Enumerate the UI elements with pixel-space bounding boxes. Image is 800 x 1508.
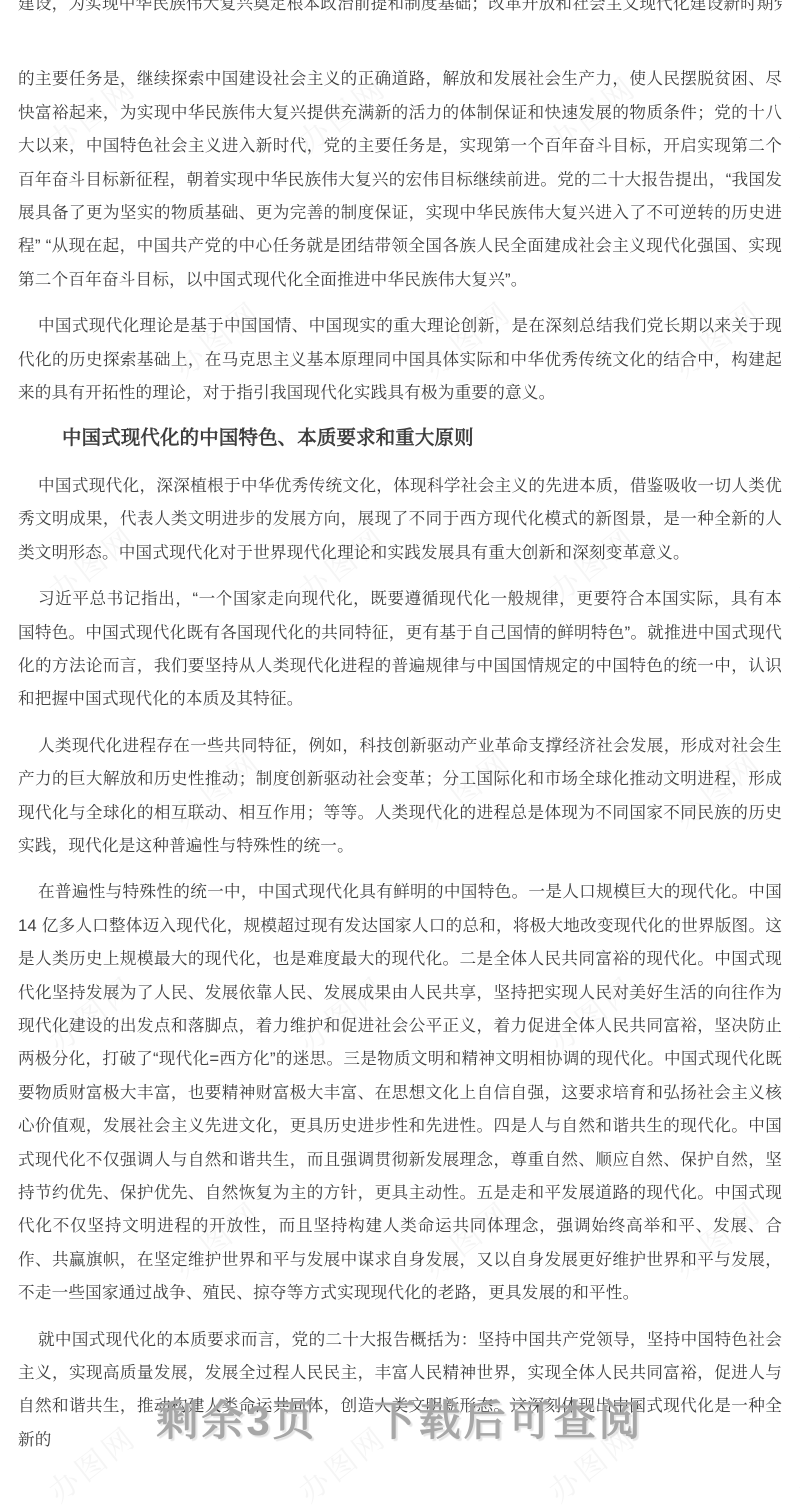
clipped-top-line: 建设，为实现中华民族伟大复兴奠定根本政治前提和制度基础；改革开放和社会主义现代化… xyxy=(18,0,782,20)
pages-remaining-banner: 剩余3页下载后可查阅 xyxy=(0,1392,800,1450)
section-heading: 中国式现代化的中国特色、本质要求和重大原则 xyxy=(18,422,782,455)
document-body: 建设，为实现中华民族伟大复兴奠定根本政治前提和制度基础；改革开放和社会主义现代化… xyxy=(0,0,800,1456)
paragraph: 在普遍性与特殊性的统一中，中国式现代化具有鲜明的中国特色。一是人口规模巨大的现代… xyxy=(18,875,782,1309)
pages-remaining-label: 剩余3页 xyxy=(156,1397,317,1444)
document-preview-page: 办图网办图网办图网办图网办图网办图网办图网办图网办图网办图网办图网办图网办图网办… xyxy=(0,0,800,1508)
paragraph: 的主要任务是，继续探索中国建设社会主义的正确道路，解放和发展社会生产力，使人民摆… xyxy=(18,62,782,296)
paragraph: 人类现代化进程存在一些共同特征，例如，科技创新驱动产业革命支撑经济社会发展，形成… xyxy=(18,729,782,863)
paragraph: 中国式现代化，深深植根于中华优秀传统文化，体现科学社会主义的先进本质，借鉴吸收一… xyxy=(18,469,782,569)
paragraph: 中国式现代化理论是基于中国国情、中国现实的重大理论创新，是在深刻总结我们党长期以… xyxy=(18,309,782,409)
download-hint-label: 下载后可查阅 xyxy=(374,1397,644,1444)
paragraph: 习近平总书记指出，“一个国家走向现代化，既要遵循现代化一般规律，更要符合本国实际… xyxy=(18,582,782,716)
